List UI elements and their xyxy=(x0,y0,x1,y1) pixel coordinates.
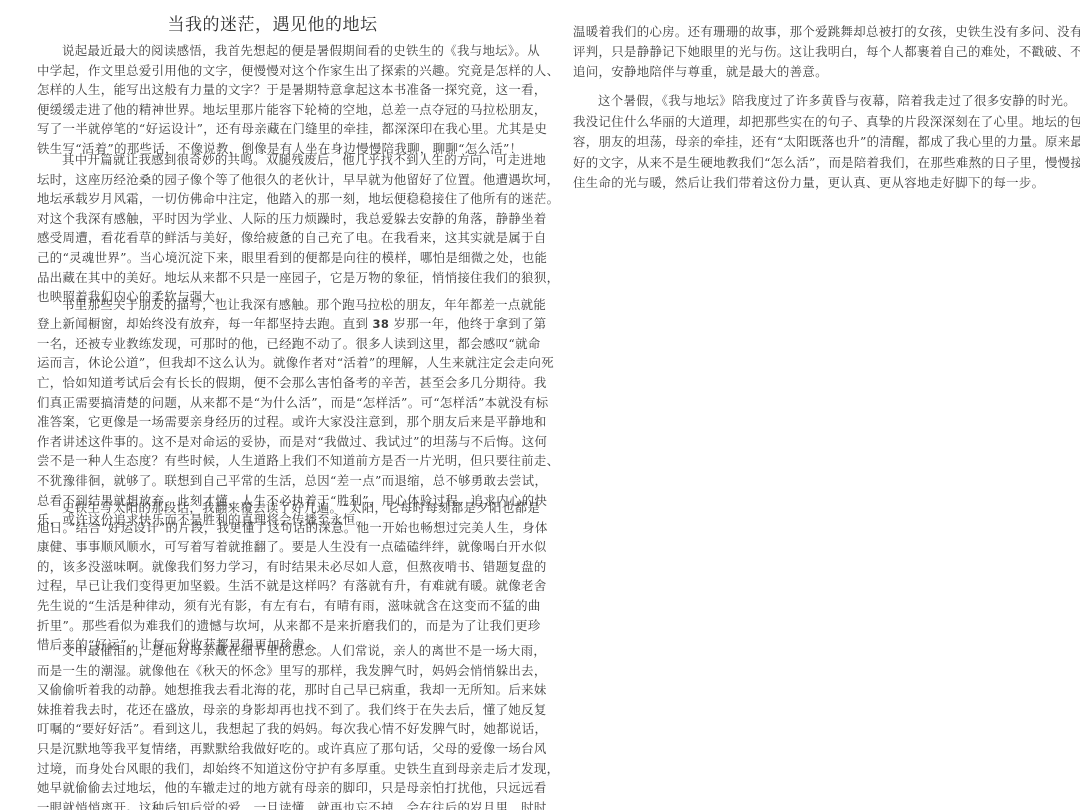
text-line: 旭日。”结合“好运设计”的片段，我更懂了这句话的深意。他一开始也畅想过完美人生，… xyxy=(37,521,508,535)
text-line: 又偷偷听着我的动静。她想推我去看北海的花，那时自己早已病重，我却一无所知。后来妹 xyxy=(37,683,508,697)
text-line: 其中开篇就让我感到很奇妙的共鸣。双腿残废后，他几乎找不到人生的方向，可走进地 xyxy=(37,153,508,167)
text-line: 登上新闻橱窗，却始终没有放弃，每一年都坚持去跑。直到 38 岁那一年，他终于拿到… xyxy=(37,317,508,331)
text-line: 过程，早已让我们变得更加坚毅。生活不就是这样吗？有落就有升，有难就有暖。就像老舍 xyxy=(37,579,508,593)
text-line: 准答案，它更像是一场需要亲身经历的过程。或许大家没注意到，那个朋友后来是平静地和 xyxy=(37,415,508,429)
text-line: 她早就偷偷去过地坛，他的车辙走过的地方就有母亲的脚印，只是母亲怕打扰他，只远远看 xyxy=(37,781,508,795)
text-line: 运而言，休论公道”，但我却不这么认为。就像作者对“活着”的理解，人生来就注定会走… xyxy=(37,356,508,370)
text-line: 不犹豫徘徊，就够了。联想到自己平常的生活，总因“差一点”而退缩，总不够勇敢去尝试… xyxy=(37,474,508,488)
text-line: 史铁生写太阳的那段话，我翻来覆去读了好几遍。“太阳，它每时每刻都是夕阳也都是 xyxy=(37,501,508,515)
text-line: 这个暑假，《我与地坛》陪我度过了许多黄昏与夜幕，陪着我走过了很多安静的时光。 xyxy=(573,94,1061,108)
text-line: 写了一半就停笔的“好运设计”，还有母亲藏在门缝里的牵挂，都深深印在我心里。尤其是… xyxy=(37,122,508,136)
left-page: 当我的迷茫，遇见他的地坛 说起最近最大的阅读感悟，我首先想起的便是暑假期间看的史… xyxy=(0,0,540,810)
text-line: 我没记住什么华丽的大道理，却把那些实在的句子、真挚的片段深深刻在了心里。地坛的包 xyxy=(573,115,1061,129)
right-page: 温暖着我们的心房。还有珊珊的故事，那个爱跳舞却总被打的女孩，史铁生没有多问、没有… xyxy=(540,0,1080,810)
text-line: 坛时，这座历经沧桑的园子像个等了他很久的老伙计，早早就为他留好了位置。他遭遇坎坷… xyxy=(37,173,508,187)
text-line: 们真正需要搞清楚的问题，从来都不是“为什么活”，而是“怎样活”。可“怎样活”本就… xyxy=(37,396,508,410)
text-line: 地坛承载岁月风霜，一切仿佛命中注定，他踏入的那一刻，地坛便稳稳接住了他所有的迷茫… xyxy=(37,192,508,206)
text-line: 温暖着我们的心房。还有珊珊的故事，那个爱跳舞却总被打的女孩，史铁生没有多问、没有 xyxy=(573,25,1061,39)
text-line: 评判，只是静静记下她眼里的光与伤。这让我明白，每个人都裹着自己的难处，不戳破、不 xyxy=(573,45,1061,59)
text-line: 叮嘱的“要好好活”。看到这儿，我想起了我的妈妈。每次我心情不好发脾气时，她都说话… xyxy=(37,722,508,736)
text-line: 己的“灵魂世界”。当心境沉淀下来，眼里看到的便都是向往的模样，哪怕是细微之处，也… xyxy=(37,251,508,265)
text-line: 说起最近最大的阅读感悟，我首先想起的便是暑假期间看的史铁生的《我与地坛》。从 xyxy=(37,44,508,58)
text-line: 只是沉默地等我平复情绪，再默默给我做好吃的。或许真应了那句话，父母的爱像一场台风 xyxy=(37,742,508,756)
text-line: 追问，安静地陪伴与尊重，就是最大的善意。 xyxy=(573,65,1061,79)
text-line: 中学起，作文里总爱引用他的文字，便慢慢对这个作家生出了探索的兴趣。究竟是怎样的人… xyxy=(37,64,508,78)
text-line: 亡，恰如知道考试后会有长长的假期，便不会那么害怕备考的辛苦，甚至会多几分期待。我 xyxy=(37,376,508,390)
emphasized-number: 38 xyxy=(373,317,390,331)
text-line: 而是一生的潮湿。就像他在《秋天的怀念》里写的那样，我发脾气时，妈妈会悄悄躲出去， xyxy=(37,664,508,678)
text-line: 一名，还被专业教练发现，可那时的他，已经跑不动了。很多人读到这里，都会感叹“就命 xyxy=(37,337,508,351)
text-line: 折里”。那些看似为难我们的遗憾与坎坷，从来都不是来折磨我们的，而是为了让我们更珍 xyxy=(37,619,508,633)
text-line: 尝不是一种人生态度？有些时候，人生道路上我们不知道前方是否一片光明，但只要往前走… xyxy=(37,454,508,468)
text-line: 好的文字，从来不是生硬地教我们“怎么活”，而是陪着我们，在那些难熬的日子里，慢慢… xyxy=(573,156,1061,170)
text-line: 一眼就悄悄离开。这种后知后觉的爱，一旦读懂，就再也忘不掉，会在往后的岁月里，时时 xyxy=(37,801,508,810)
text-line: 怎样的人生，能写出这般有力量的文字？于是暑期特意拿起这本书准备一探究竟，这一看， xyxy=(37,83,508,97)
essay-title: 当我的迷茫，遇见他的地坛 xyxy=(0,10,545,35)
text-line: 过境，而身处台风眼的我们，却始终不知道这份守护有多厚重。史铁生直到母亲走后才发现… xyxy=(37,762,508,776)
text-line: 先生说的“生活是种律动，须有光有影，有左有右，有晴有雨，滋味就含在这变而不猛的曲 xyxy=(37,599,508,613)
text-line: 品出藏在其中的美好。地坛从来都不只是一座园子，它是万物的象征，悄悄接住我们的狼狈… xyxy=(37,271,508,285)
text-line: 感受周遭，看花看草的鲜活与美好，像给疲惫的自己充了电。在我看来，这其实就是属于自 xyxy=(37,231,508,245)
text-line: 便缓缓走进了他的精神世界。地坛里那片能容下轮椅的空地，总差一点夺冠的马拉松朋友， xyxy=(37,103,508,117)
text-line: 作者讲述这件事的。这不是对命运的妥协，而是对“我做过、我试过”的坦荡与不后悔。这… xyxy=(37,435,508,449)
text-line: 妹推着我去时，花还在盛放，母亲的身影却再也找不到了。我们终于在失去后，懂了她反复 xyxy=(37,703,508,717)
text-line: 康健、事事顺风顺水，可写着写着就推翻了。要是人生没有一点磕磕绊绊，就像喝白开水似 xyxy=(37,540,508,554)
text-line: 容，朋友的坦荡，母亲的牵挂，还有“太阳既落也升”的清醒，都成了我心里的力量。原来… xyxy=(573,135,1061,149)
text-line: 文中最催泪的，是他对母亲藏在细节里的思念。人们常说，亲人的离世不是一场大雨， xyxy=(37,644,508,658)
text-line: 住生命的光与暖，然后让我们带着这份力量，更认真、更从容地走好脚下的每一步。 xyxy=(573,176,1061,190)
text-line: 对这个我深有感触，平时因为学业、人际的压力烦躁时，我总爱躲去安静的角落，静静坐着 xyxy=(37,212,508,226)
text-line: 书里那些关于朋友的描写，也让我深有感触。那个跑马拉松的朋友，年年都差一点就能 xyxy=(37,298,508,312)
text-line: 的，该多没滋味啊。就像我们努力学习，有时结果未必尽如人意，但熬夜啃书、错题复盘的 xyxy=(37,560,508,574)
